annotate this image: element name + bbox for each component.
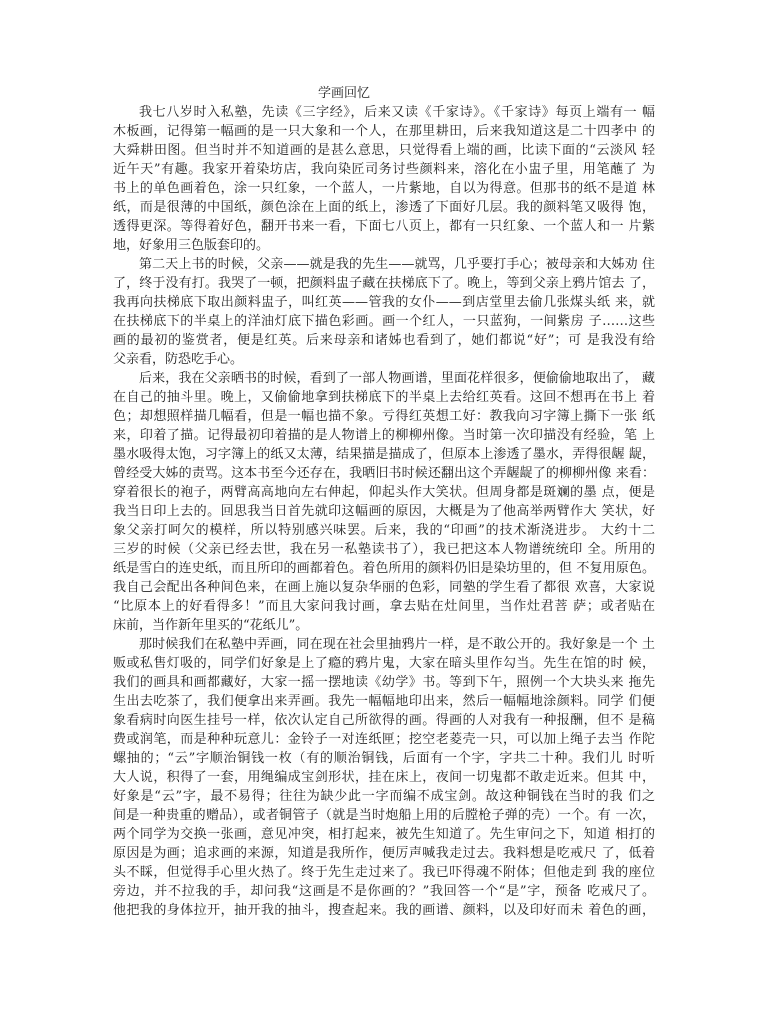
text-line: 我七八岁时入私塾，先读《三字经》，后来又读《千家诗》。《千家诗》每页上端有一 幅 [113,103,655,122]
text-line: 贩或私售灯吸的，同学们好象是上了瘾的鸦片鬼，大家在暗头里作勾当。先生在馆的时 候… [113,654,655,673]
text-line: 两个同学为交换一张画，意见冲突，相打起来，被先生知道了。先生审问之下，知道 相打… [113,825,655,844]
text-line: 我当日印上去的。回思我当日首先就印这幅画的原因，大概是为了他高举两臂作大 笑状，… [113,502,655,521]
text-line: 我们的画具和画都藏好，大家一摇一摆地读《幼学》书。等到下午，照例一个大块头来 拖… [113,673,655,692]
text-line: 在自己的抽斗里。晚上，又偷偷地拿到扶梯底下的半桌上去给红英看。这回不想再在书上 … [113,388,655,407]
text-line: 原因是为画；追求画的来源，知道是我所作，便厉声喊我走过去。我料想是吃戒尺 了，低… [113,844,655,863]
text-line: 画的最初的鉴赏者，便是红英。后来母亲和诸姊也看到了，她们都说“好”；可 是我没有… [113,331,655,350]
text-line: 我自己会配出各种间色来，在画上施以复杂华丽的色彩，同塾的学生看了都很 欢喜，大家… [113,578,655,597]
text-line: 间是一种贵重的赠品），或者铜管子（就是当时炮船上用的后膛枪子弹的壳）一个。有 一… [113,806,655,825]
text-line: 曾经受大姊的责骂。这本书至今还存在，我晒旧书时候还翻出这个弄龌龊了的柳柳州像 来… [113,464,655,483]
text-line: 透得更深。等得着好色，翻开书来一看，下面七八页上，都有一只红象、一个蓝人和一 片… [113,217,655,236]
text-line: 我再向扶梯底下取出颜料盅子，叫红英——管我的女仆——到店堂里去偷几张煤头纸 来，… [113,293,655,312]
text-line: 好象是“云”字，最不易得；往往为缺少此一字而编不成宝剑。故这种铜钱在当时的我 们… [113,787,655,806]
text-line: 木板画，记得第一幅画的是一只大象和一个人，在那里耕田，后来我知道这是二十四孝中 … [113,122,655,141]
text-line: 近午天”有趣。我家开着染坊店，我向染匠司务讨些颜料来，溶化在小盅子里，用笔蘸了 … [113,160,655,179]
text-line: 第二天上书的时候，父亲——就是我的先生——就骂，几乎要打手心；被母亲和大姊劝 住 [113,255,655,274]
document-body: 学画回忆 我七八岁时入私塾，先读《三字经》，后来又读《千家诗》。《千家诗》每页上… [113,84,655,920]
text-line: 色；却想照样描几幅看，但是一幅也描不象。亏得红英想工好：教我向习字簿上撕下一张 … [113,407,655,426]
text-line: 大舜耕田图。但当时并不知道画的是甚么意思，只觉得看上端的画，比读下面的“云淡风 … [113,141,655,160]
text-line: 父亲看，防恐吃手心。 [113,350,655,369]
text-line: 来，印着了描。记得最初印着描的是人物谱上的柳柳州像。当时第一次印描没有经验，笔 … [113,426,655,445]
text-line: 三岁的时候（父亲已经去世，我在另一私塾读书了），我已把这本人物谱统统印 全。所用… [113,540,655,559]
document-title: 学画回忆 [113,84,655,103]
text-line: 后来，我在父亲晒书的时候，看到了一部人物画谱，里面花样很多，便偷偷地取出了， 藏 [113,369,655,388]
document-page: 学画回忆 我七八岁时入私塾，先读《三字经》，后来又读《千家诗》。《千家诗》每页上… [0,0,768,1024]
text-line: 床前，当作新年里买的“花纸儿”。 [113,616,655,635]
text-line: 在扶梯底下的半桌上的洋油灯底下描色彩画。画一个红人，一只蓝狗，一间紫房 子……这… [113,312,655,331]
paragraph-1: 我七八岁时入私塾，先读《三字经》，后来又读《千家诗》。《千家诗》每页上端有一 幅… [113,103,655,255]
text-line: 象父亲打呵欠的模样，所以特别感兴味罢。后来，我的“印画”的技术渐浇进步。 大约十… [113,521,655,540]
text-line: 那时候我们在私塾中弄画，同在现在社会里抽鸦片一样，是不敢公开的。我好象是一个 土 [113,635,655,654]
text-line: 纸是雪白的连史纸，而且所印的画都着色。着色所用的颜料仍旧是染坊里的，但 不复用原… [113,559,655,578]
text-line: 螺抽的；“云”字顺治铜钱一枚（有的顺治铜钱，后面有一个字，字共二十种。我们儿 时… [113,749,655,768]
paragraph-3: 后来，我在父亲晒书的时候，看到了一部人物画谱，里面花样很多，便偷偷地取出了， 藏… [113,369,655,635]
text-line: 旁边，并不拉我的手，却问我“这画是不是你画的？”我回答一个“是”字，预备 吃戒尺… [113,882,655,901]
text-line: 大人说，积得了一套，用绳编成宝剑形状，挂在床上，夜间一切鬼都不敢走近来。但其 中… [113,768,655,787]
text-line: 象看病时向医生挂号一样，依次认定自己所欲得的画。得画的人对我有一种报酬，但不 是… [113,711,655,730]
text-line: 地，好象用三色版套印的。 [113,236,655,255]
text-line: 费或润笔，而是种种玩意儿：金铃子一对连纸匣；挖空老菱壳一只，可以加上绳子去当 作… [113,730,655,749]
text-line: 纸，而是很薄的中国纸，颜色涂在上面的纸上，渗透了下面好几层。我的颜料笔又吸得 饱… [113,198,655,217]
text-line: 穿着很长的袍子，两臂高高地向左右伸起，仰起头作大笑状。但周身都是斑斓的墨 点，便… [113,483,655,502]
text-line: 墨水吸得太饱，习字簿上的纸又太薄，结果描是描成了，但原本上渗透了墨水，弄得很龌 … [113,445,655,464]
text-line: 书上的单色画着色，涂一只红象，一个蓝人，一片紫地，自以为得意。但那书的纸不是道 … [113,179,655,198]
paragraph-2: 第二天上书的时候，父亲——就是我的先生——就骂，几乎要打手心；被母亲和大姊劝 住… [113,255,655,369]
paragraph-4: 那时候我们在私塾中弄画，同在现在社会里抽鸦片一样，是不敢公开的。我好象是一个 土… [113,635,655,920]
text-line: 他把我的身体拉开，抽开我的抽斗，搜查起来。我的画谱、颜料，以及印好而未 着色的画… [113,901,655,920]
text-line: “比原本上的好看得多！”而且大家问我讨画，拿去贴在灶间里，当作灶君菩 萨；或者贴… [113,597,655,616]
text-line: 生出去吃茶了，我们便拿出来弄画。我先一幅幅地印出来，然后一幅幅地涂颜料。同学 们… [113,692,655,711]
text-line: 头不睬，但觉得手心里火热了。终于先生走过来了。我已吓得魂不附体；但他走到 我的座… [113,863,655,882]
text-line: 了，终于没有打。我哭了一顿，把颜料盅子藏在扶梯底下了。晚上，等到父亲上鸦片馆去 … [113,274,655,293]
